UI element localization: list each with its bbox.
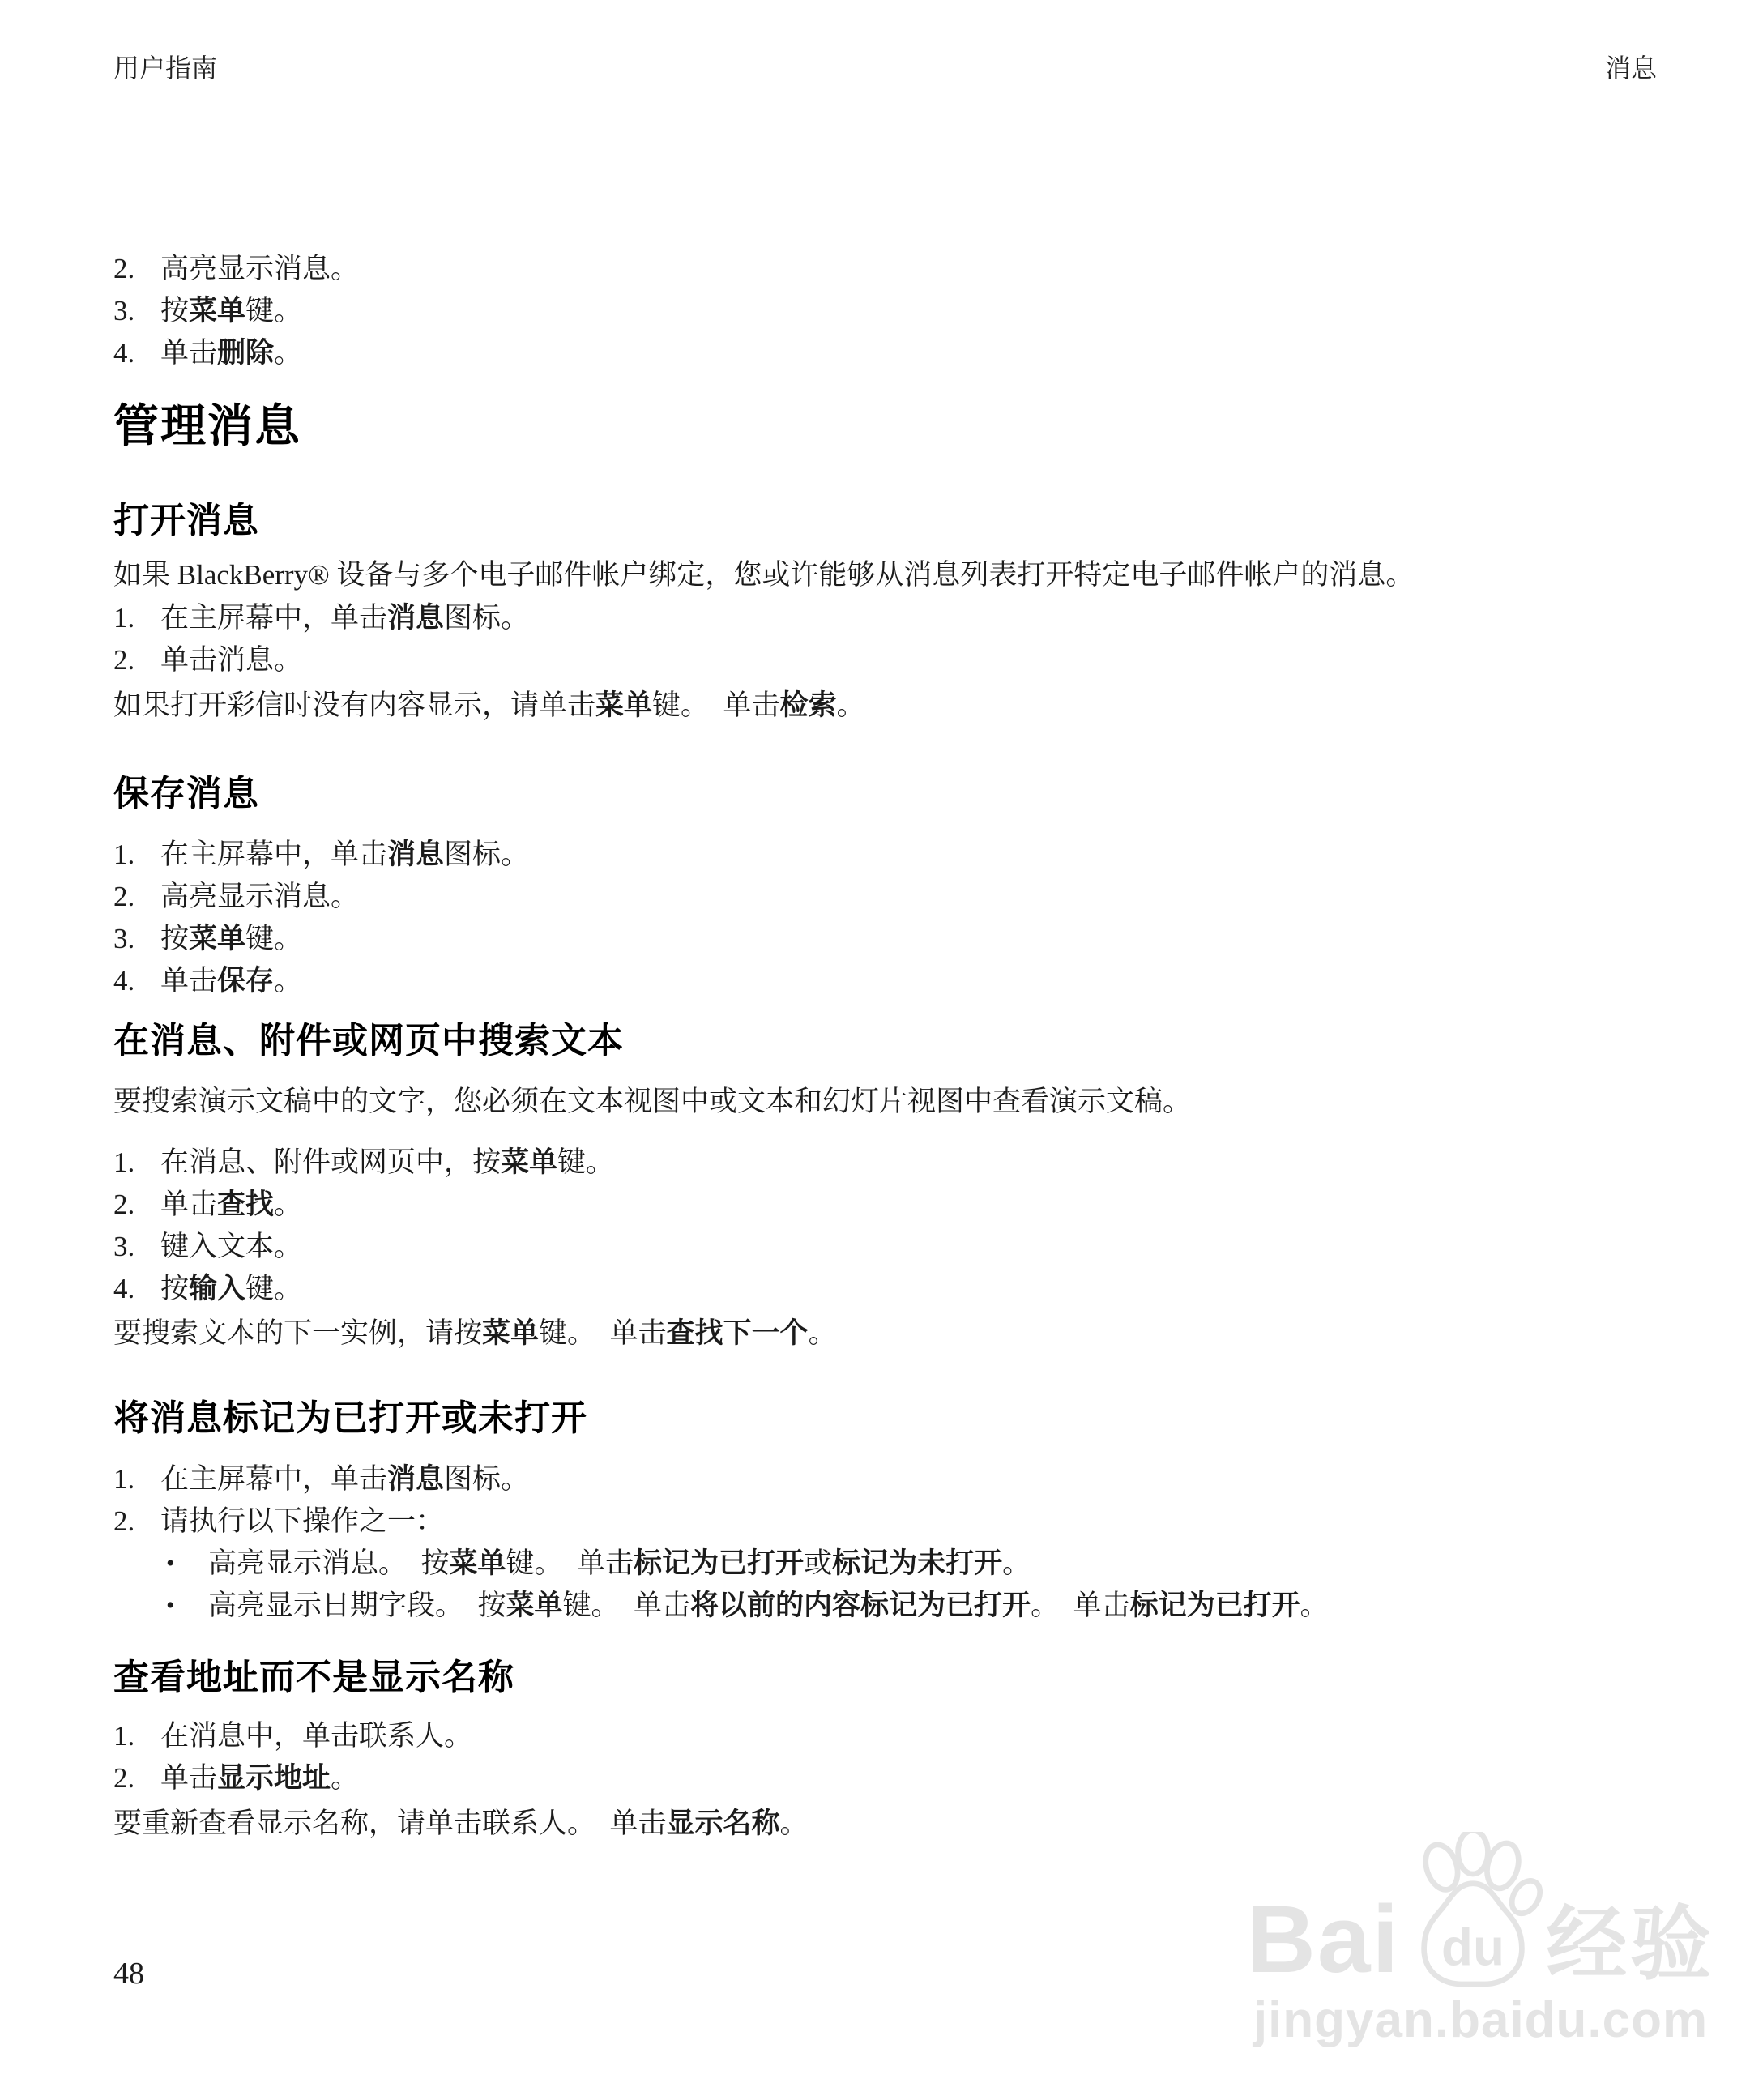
list-item: 2. 请执行以下操作之一： [113, 1500, 1657, 1543]
document-page: 用户指南 消息 2. 高亮显示消息。 3. 按菜单键。 4. 单击删除。 管理消… [0, 0, 1750, 2100]
mark-message-options: • 高亮显示消息。 按菜单键。 单击标记为已打开或标记为未打开。 • 高亮显示日… [113, 1543, 1657, 1627]
list-text: 在主屏幕中，单击消息图标。 [160, 834, 529, 876]
list-item: 2. 高亮显示消息。 [113, 876, 1657, 918]
watermark-brand-cn: 经验 [1546, 1902, 1714, 1987]
list-text: 在消息中，单击联系人。 [160, 1715, 472, 1757]
list-number: 2. [113, 1757, 160, 1799]
list-number: 2. [113, 1500, 160, 1543]
list-number: 2. [113, 876, 160, 918]
mark-message-steps: 1. 在主屏幕中，单击消息图标。 2. 请执行以下操作之一： [113, 1458, 1657, 1543]
page-header: 用户指南 消息 [113, 52, 1657, 84]
list-number: 4. [113, 332, 160, 374]
section-heading-open-message: 打开消息 [113, 501, 1657, 541]
list-number: 3. [113, 290, 160, 332]
list-text: 高亮显示消息。 [160, 248, 359, 290]
svg-text:du: du [1441, 1918, 1505, 1976]
list-text: 在主屏幕中，单击消息图标。 [160, 597, 529, 639]
list-text: 按输入键。 [160, 1268, 302, 1310]
paragraph: 如果打开彩信时没有内容显示，请单击菜单键。 单击检索。 [113, 685, 1657, 727]
section-heading-mark-message: 将消息标记为已打开或未打开 [113, 1398, 1657, 1439]
list-text: 在主屏幕中，单击消息图标。 [160, 1458, 529, 1500]
list-number: 3. [113, 1226, 160, 1268]
section-heading-view-address: 查看地址而不是显示名称 [113, 1658, 1657, 1698]
list-item: 2. 单击显示地址。 [113, 1757, 1657, 1799]
list-number: 1. [113, 1715, 160, 1757]
list-item: 1. 在消息、附件或网页中，按菜单键。 [113, 1142, 1657, 1184]
list-item: 1. 在消息中，单击联系人。 [113, 1715, 1657, 1757]
list-number: 3. [113, 918, 160, 960]
paragraph: 要搜索演示文稿中的文字，您必须在文本视图中或文本和幻灯片视图中查看演示文稿。 [113, 1081, 1657, 1123]
list-item: 3. 按菜单键。 [113, 290, 1657, 332]
search-text-steps: 1. 在消息、附件或网页中，按菜单键。 2. 单击查找。 3. 键入文本。 4.… [113, 1142, 1657, 1310]
list-number: 4. [113, 960, 160, 1002]
list-item: 4. 按输入键。 [113, 1268, 1657, 1310]
list-text: 单击保存。 [160, 960, 302, 1002]
list-number: 1. [113, 1142, 160, 1184]
list-text: 按菜单键。 [160, 290, 302, 332]
list-item: 1. 在主屏幕中，单击消息图标。 [113, 597, 1657, 639]
list-item: 2. 单击查找。 [113, 1184, 1657, 1226]
list-text: 单击显示地址。 [160, 1757, 359, 1799]
list-text: 高亮显示消息。 [160, 876, 359, 918]
watermark-brand-latin: Bai [1247, 1892, 1401, 1987]
list-item: 3. 键入文本。 [113, 1226, 1657, 1268]
watermark-brand-line: Bai du 经验 [1219, 1859, 1742, 1987]
delete-message-steps: 2. 高亮显示消息。 3. 按菜单键。 4. 单击删除。 [113, 248, 1657, 374]
bullet-text: 高亮显示消息。 按菜单键。 单击标记为已打开或标记为未打开。 [208, 1543, 1031, 1585]
list-item: 2. 高亮显示消息。 [113, 248, 1657, 290]
list-item: 1. 在主屏幕中，单击消息图标。 [113, 834, 1657, 876]
list-text: 单击消息。 [160, 639, 302, 681]
list-number: 1. [113, 1458, 160, 1500]
watermark-url: jingyan.baidu.com [1219, 1995, 1742, 2046]
list-item: 4. 单击保存。 [113, 960, 1657, 1002]
list-item: 4. 单击删除。 [113, 332, 1657, 374]
list-text: 键入文本。 [160, 1226, 302, 1268]
section-heading-search-text: 在消息、附件或网页中搜索文本 [113, 1021, 1657, 1061]
list-text: 单击删除。 [160, 332, 302, 374]
section-heading-save-message: 保存消息 [113, 774, 1657, 814]
bullet-item: • 高亮显示日期字段。 按菜单键。 单击将以前的内容标记为已打开。 单击标记为已… [113, 1585, 1657, 1627]
list-number: 4. [113, 1268, 160, 1310]
list-text: 请执行以下操作之一： [160, 1500, 444, 1543]
baidu-paw-icon: du [1403, 1832, 1543, 1992]
list-text: 单击查找。 [160, 1184, 302, 1226]
baidu-jingyan-watermark: Bai du 经验 jingyan.baidu.com [1219, 1859, 1742, 2046]
open-message-steps: 1. 在主屏幕中，单击消息图标。 2. 单击消息。 [113, 597, 1657, 681]
list-item: 3. 按菜单键。 [113, 918, 1657, 960]
list-item: 1. 在主屏幕中，单击消息图标。 [113, 1458, 1657, 1500]
bullet-item: • 高亮显示消息。 按菜单键。 单击标记为已打开或标记为未打开。 [113, 1543, 1657, 1585]
header-doc-title: 用户指南 [113, 52, 217, 84]
list-item: 2. 单击消息。 [113, 639, 1657, 681]
list-number: 2. [113, 1184, 160, 1226]
list-number: 2. [113, 248, 160, 290]
bullet-text: 高亮显示日期字段。 按菜单键。 单击将以前的内容标记为已打开。 单击标记为已打开… [208, 1585, 1329, 1627]
bullet-marker: • [166, 1543, 208, 1585]
paragraph: 要搜索文本的下一实例，请按菜单键。 单击查找下一个。 [113, 1312, 1657, 1355]
list-number: 1. [113, 834, 160, 876]
paragraph: 如果 BlackBerry® 设备与多个电子邮件帐户绑定，您或许能够从消息列表打… [113, 554, 1657, 596]
bullet-marker: • [166, 1585, 208, 1627]
page-title: 管理消息 [113, 400, 1657, 452]
list-number: 1. [113, 597, 160, 639]
list-number: 2. [113, 639, 160, 681]
save-message-steps: 1. 在主屏幕中，单击消息图标。 2. 高亮显示消息。 3. 按菜单键。 4. … [113, 834, 1657, 1002]
list-text: 按菜单键。 [160, 918, 302, 960]
list-text: 在消息、附件或网页中，按菜单键。 [160, 1142, 614, 1184]
view-address-steps: 1. 在消息中，单击联系人。 2. 单击显示地址。 [113, 1715, 1657, 1799]
header-chapter: 消息 [1605, 52, 1657, 84]
